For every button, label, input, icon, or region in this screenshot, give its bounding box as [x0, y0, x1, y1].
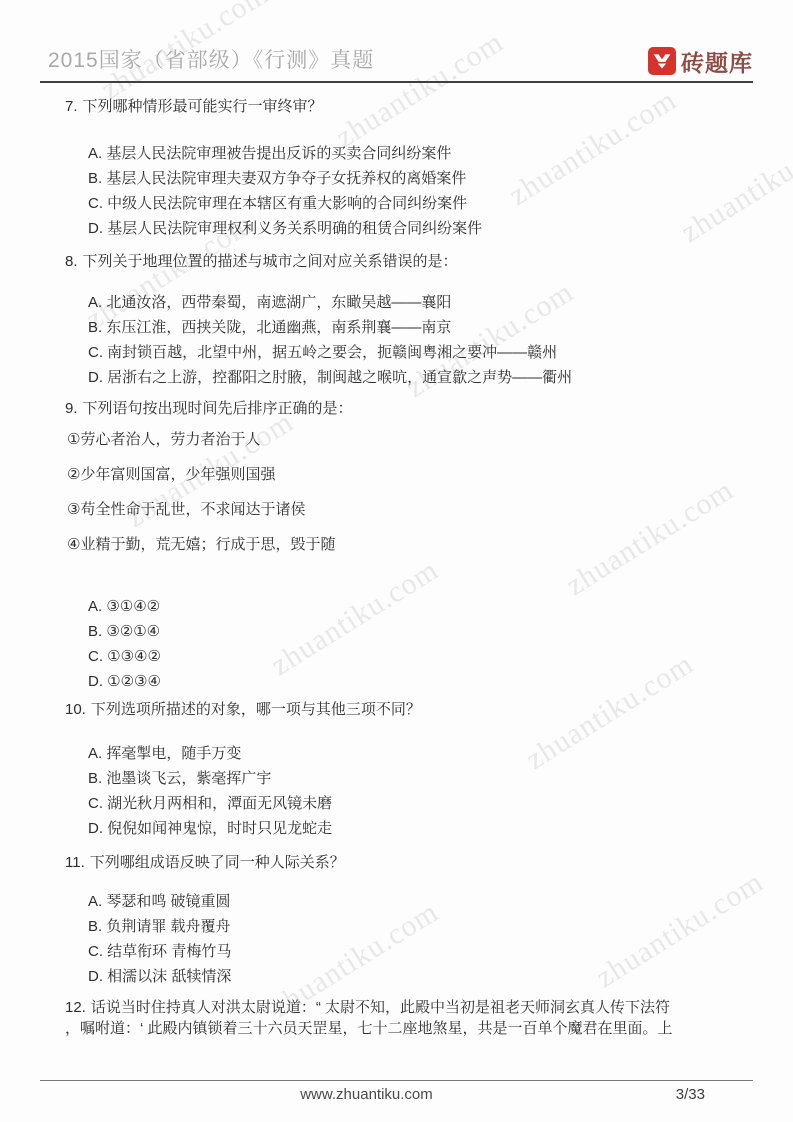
option-A: A. 北通汝洛，西带秦蜀，南遮湖广，东瞰吴越——襄阳 [88, 290, 753, 315]
footer-divider [40, 1080, 753, 1081]
options-list: A. 基层人民法院审理被告提出反诉的买卖合同纠纷案件B. 基层人民法院审理夫妻双… [40, 141, 753, 241]
question-7: 7.下列哪种情形最可能实行一审终审？A. 基层人民法院审理被告提出反诉的买卖合同… [40, 96, 753, 241]
options-list: A. 琴瑟和鸣 破镜重圆B. 负荆请罪 载舟覆舟C. 结草衔环 青梅竹马D. 相… [40, 889, 753, 989]
option-D: D. 居浙右之上游，控鄱阳之肘腋，制闽越之喉吭，通宣歙之声势——衢州 [88, 365, 753, 390]
statement-item: ①劳心者治人，劳力者治于人 [67, 429, 753, 451]
option-A: A. 挥毫掣电，随手万变 [88, 741, 753, 766]
option-A: A. 琴瑟和鸣 破镜重圆 [88, 889, 753, 914]
question-stem: 12.话说当时住持真人对洪太尉说道：“ 太尉不知，此殿中当初是祖老天师洞玄真人传… [65, 997, 753, 1018]
question-9: 9.下列语句按出现时间先后排序正确的是：①劳心者治人，劳力者治于人②少年富则国富… [40, 398, 753, 694]
option-B: B. 池墨谈飞云，紫毫挥广宇 [88, 766, 753, 791]
zhuantiku-logo-icon [648, 47, 676, 75]
option-C: C. ①③④② [88, 644, 753, 669]
option-B: B. 基层人民法院审理夫妻双方争夺子女抚养权的离婚案件 [88, 166, 753, 191]
footer-row: www.zhuantiku.com 3/33 [40, 1086, 753, 1110]
option-B: B. 负荆请罪 载舟覆舟 [88, 914, 753, 939]
question-stem-continuation: ，嘱咐道：‘ 此殿内镇锁着三十六员天罡星，七十二座地煞星，共是一百单个魔君在里面… [65, 1018, 753, 1039]
question-stem-text: 下列哪种情形最可能实行一审终审？ [83, 98, 323, 115]
question-number: 10. [65, 701, 86, 718]
statement-item: ②少年富则国富，少年强则国强 [67, 464, 753, 486]
option-B: B. ③②①④ [88, 619, 753, 644]
question-number: 7. [65, 98, 78, 115]
statement-list: ①劳心者治人，劳力者治于人②少年富则国富，少年强则国强③苟全性命于乱世，不求闻达… [40, 429, 753, 556]
question-number: 8. [65, 253, 78, 270]
header-divider [40, 81, 753, 83]
option-D: D. 基层人民法院审理权利义务关系明确的租赁合同纠纷案件 [88, 216, 753, 241]
question-number: 12. [65, 999, 86, 1016]
question-stem-text: 下列关于地理位置的描述与城市之间对应关系错误的是： [83, 253, 458, 270]
question-stem: 7.下列哪种情形最可能实行一审终审？ [65, 96, 753, 118]
statement-item: ③苟全性命于乱世，不求闻达于诸侯 [67, 499, 753, 521]
question-stem: 10.下列选项所描述的对象，哪一项与其他三项不同？ [65, 699, 753, 721]
questions-list: 7.下列哪种情形最可能实行一审终审？A. 基层人民法院审理被告提出反诉的买卖合同… [0, 96, 793, 1039]
question-stem-text: 下列选项所描述的对象，哪一项与其他三项不同？ [91, 701, 421, 718]
question-stem-text: 下列哪组成语反映了同一种人际关系？ [90, 854, 345, 871]
option-C: C. 结草衔环 青梅竹马 [88, 939, 753, 964]
page-number: 3/33 [676, 1086, 705, 1103]
option-C: C. 中级人民法院审理在本辖区有重大影响的合同纠纷案件 [88, 191, 753, 216]
question-stem-text: 话说当时住持真人对洪太尉说道：“ 太尉不知，此殿中当初是祖老天师洞玄真人传下法符 [91, 999, 670, 1016]
exam-page: zhuantiku.comzhuantiku.comzhuantiku.comz… [0, 0, 793, 1122]
option-D: D. ①②③④ [88, 669, 753, 694]
question-11: 11.下列哪组成语反映了同一种人际关系？A. 琴瑟和鸣 破镜重圆B. 负荆请罪 … [40, 852, 753, 989]
question-12: 12.话说当时住持真人对洪太尉说道：“ 太尉不知，此殿中当初是祖老天师洞玄真人传… [40, 997, 753, 1039]
question-stem: 8.下列关于地理位置的描述与城市之间对应关系错误的是： [65, 251, 753, 273]
option-D: D. 相濡以沫 舐犊情深 [88, 964, 753, 989]
question-stem: 11.下列哪组成语反映了同一种人际关系？ [65, 852, 753, 874]
question-number: 9. [65, 400, 78, 417]
header: 2015国家（省部级）《行测》真题 砖题库 [40, 46, 753, 76]
options-list: A. ③①④②B. ③②①④C. ①③④②D. ①②③④ [40, 594, 753, 694]
brand-name: 砖题库 [681, 45, 753, 78]
brand-logo: 砖题库 [648, 45, 753, 78]
options-list: A. 北通汝洛，西带秦蜀，南遮湖广，东瞰吴越——襄阳B. 东压江淮，西挟关陇，北… [40, 290, 753, 390]
question-stem-text: 下列语句按出现时间先后排序正确的是： [83, 400, 353, 417]
question-10: 10.下列选项所描述的对象，哪一项与其他三项不同？A. 挥毫掣电，随手万变B. … [40, 699, 753, 841]
footer: www.zhuantiku.com 3/33 [40, 1080, 753, 1110]
statement-item: ④业精于勤，荒无嬉；行成于思，毁于随 [67, 534, 753, 556]
question-number: 11. [65, 854, 85, 871]
option-A: A. 基层人民法院审理被告提出反诉的买卖合同纠纷案件 [88, 141, 753, 166]
option-C: C. 南封锁百越，北望中州，据五岭之要会，扼赣闽粤湘之要冲——赣州 [88, 340, 753, 365]
page-title: 2015国家（省部级）《行测》真题 [48, 46, 374, 76]
question-8: 8.下列关于地理位置的描述与城市之间对应关系错误的是：A. 北通汝洛，西带秦蜀，… [40, 251, 753, 390]
footer-site-url: www.zhuantiku.com [300, 1086, 433, 1103]
option-B: B. 东压江淮，西挟关陇，北通幽燕，南系荆襄——南京 [88, 315, 753, 340]
option-C: C. 湖光秋月两相和，潭面无风镜未磨 [88, 791, 753, 816]
option-D: D. 倪倪如闻神鬼惊，时时只见龙蛇走 [88, 816, 753, 841]
question-stem: 9.下列语句按出现时间先后排序正确的是： [65, 398, 753, 420]
options-list: A. 挥毫掣电，随手万变B. 池墨谈飞云，紫毫挥广宇C. 湖光秋月两相和，潭面无… [40, 741, 753, 841]
option-A: A. ③①④② [88, 594, 753, 619]
